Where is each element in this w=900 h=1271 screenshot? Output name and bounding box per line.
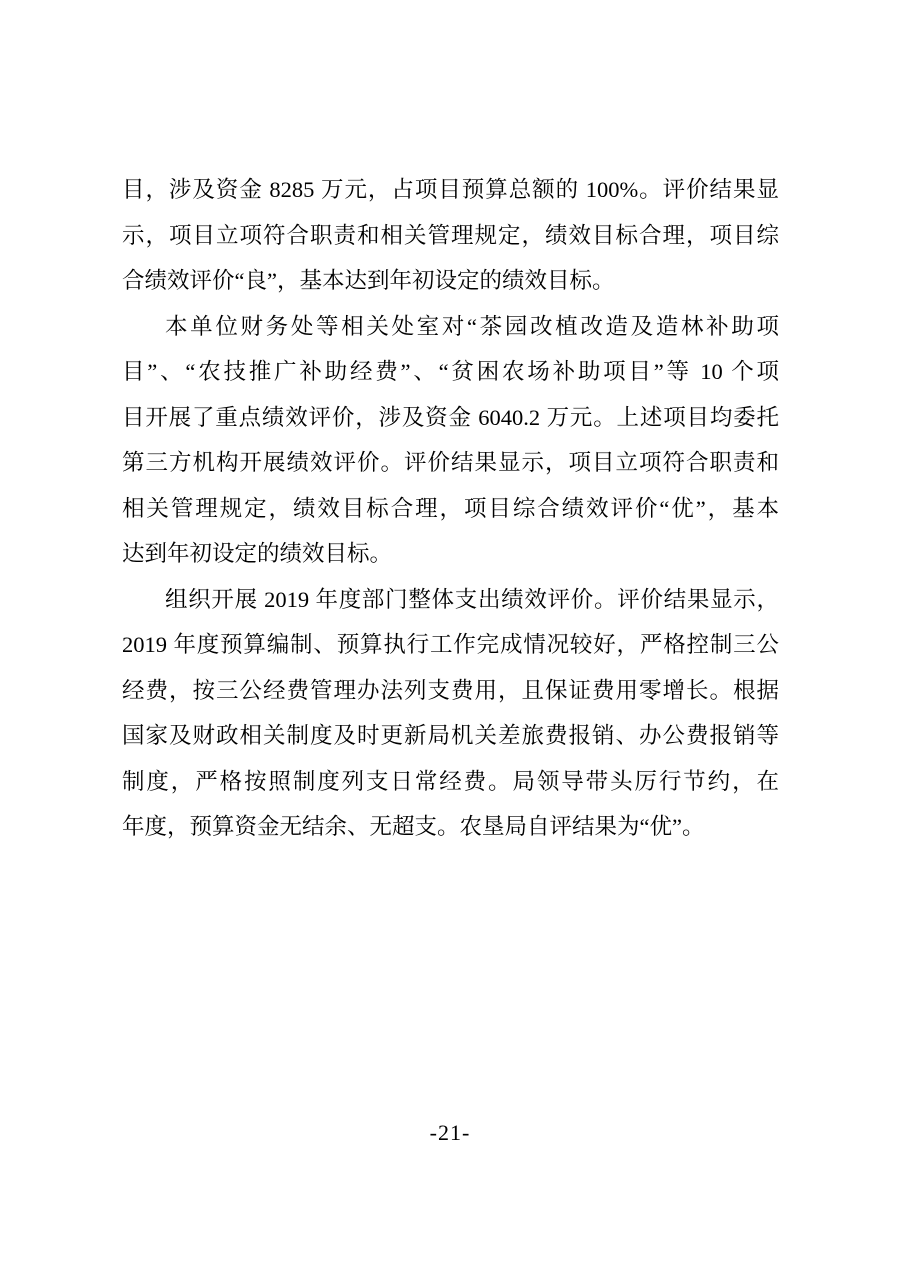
text-line: 目”、“农技推广补助经费”、“贫困农场补助项目”等 10 个项 (122, 349, 779, 395)
document-body: 目，涉及资金 8285 万元，占项目预算总额的 100%。评价结果显示，项目立项… (122, 167, 779, 850)
text-line: 制度，严格按照制度列支日常经费。局领导带头厉行节约，在 2019 (122, 759, 779, 805)
text-line: 相关管理规定，绩效目标合理，项目综合绩效评价“优”，基本 (122, 486, 779, 532)
text-line: 合绩效评价“良”，基本达到年初设定的绩效目标。 (122, 258, 779, 304)
text-line: 年度，预算资金无结余、无超支。农垦局自评结果为“优”。 (122, 804, 779, 850)
document-page: 目，涉及资金 8285 万元，占项目预算总额的 100%。评价结果显示，项目立项… (0, 0, 900, 1271)
paragraph: 本单位财务处等相关处室对“茶园改植改造及造林补助项目”、“农技推广补助经费”、“… (122, 304, 779, 577)
text-line: 目，涉及资金 8285 万元，占项目预算总额的 100%。评价结果显 (122, 167, 779, 213)
text-line: 第三方机构开展绩效评价。评价结果显示，项目立项符合职责和 (122, 440, 779, 486)
text-line: 示，项目立项符合职责和相关管理规定，绩效目标合理，项目综 (122, 213, 779, 259)
paragraph: 目，涉及资金 8285 万元，占项目预算总额的 100%。评价结果显示，项目立项… (122, 167, 779, 304)
text-line: 国家及财政相关制度及时更新局机关差旅费报销、办公费报销等 (122, 713, 779, 759)
paragraph: 组织开展 2019 年度部门整体支出绩效评价。评价结果显示，2019 年度预算编… (122, 577, 779, 850)
text-line: 经费，按三公经费管理办法列支费用，且保证费用零增长。根据 (122, 668, 779, 714)
text-line: 组织开展 2019 年度部门整体支出绩效评价。评价结果显示， (122, 577, 779, 623)
text-line: 2019 年度预算编制、预算执行工作完成情况较好，严格控制三公 (122, 622, 779, 668)
text-line: 达到年初设定的绩效目标。 (122, 531, 779, 577)
text-line: 本单位财务处等相关处室对“茶园改植改造及造林补助项 (122, 304, 779, 350)
page-number: -21- (0, 1118, 900, 1148)
text-line: 目开展了重点绩效评价，涉及资金 6040.2 万元。上述项目均委托 (122, 395, 779, 441)
